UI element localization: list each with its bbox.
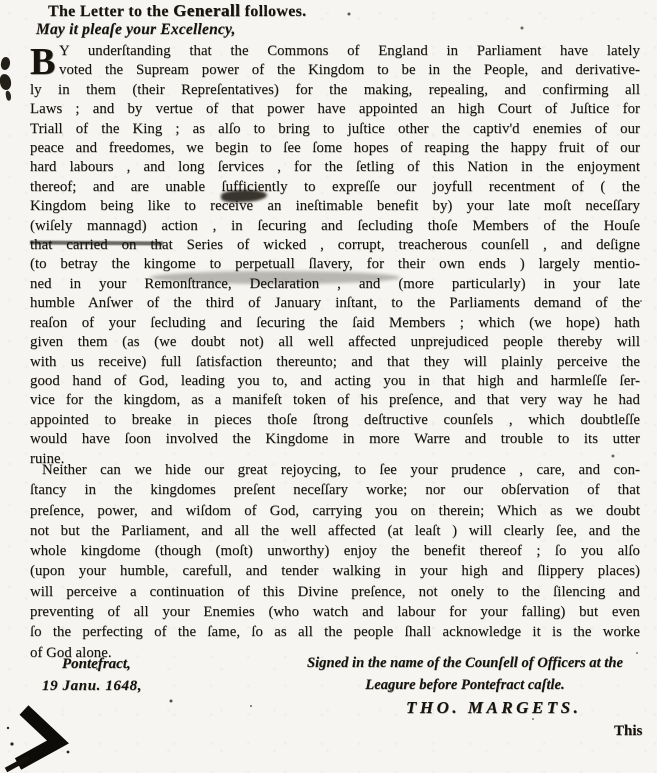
text-line: peace and freedomes, we begin to ſee ſom… bbox=[30, 139, 640, 158]
paragraph-1: B Y underſtanding that the Commons of En… bbox=[30, 42, 640, 469]
text-line: good hand of God, leading you to, and ac… bbox=[30, 372, 640, 391]
text-line: given them (as (we doubt not) all well a… bbox=[30, 333, 640, 352]
paragraph-2: Neither can we hide our great rejoycing,… bbox=[30, 460, 640, 663]
margin-ink-mark bbox=[0, 73, 12, 90]
scan-speckles bbox=[0, 0, 2, 2]
text-line: vice for the kingdom, as a manifeſt toke… bbox=[30, 391, 640, 410]
text-line: voted the Supream power of the Kingdom t… bbox=[59, 61, 640, 80]
text-line: will perceive a continuation of this Div… bbox=[30, 582, 640, 602]
text-line: appointed to breake in pieces thoſe ſtro… bbox=[30, 411, 640, 430]
heading-blackletter-word: Generall bbox=[173, 1, 240, 20]
text-line: reaſon of your ſecluding and ſecuring th… bbox=[30, 314, 640, 333]
ink-smudge bbox=[150, 271, 400, 284]
text-line: Y underſtanding that the Commons of Engl… bbox=[59, 42, 640, 61]
text-line: ſo the perfecting of the ſame, ſo as all… bbox=[30, 622, 640, 642]
text-line: Triall of the King ; as alſo to bring to… bbox=[30, 120, 640, 139]
dateline-place: Pontefract, bbox=[62, 656, 131, 673]
dateline-date: 19 Janu. 1648, bbox=[42, 678, 142, 695]
text-line: preſence, power, and wiſdom of God, carr… bbox=[30, 501, 640, 521]
paragraph-1-body: ly in them (their Repreſentatives) for t… bbox=[30, 81, 640, 450]
text-line: humble Anſwer of the third of January in… bbox=[30, 294, 640, 313]
text-line: (upon your humble, carefull, and tender … bbox=[30, 561, 640, 581]
signatory-name: THO. MARGETS. bbox=[406, 698, 581, 718]
text-line: thereof; and are unable ſufficiently to … bbox=[30, 178, 640, 197]
text-line: ſtancy in the kingdomes preſent neceſſar… bbox=[30, 480, 640, 500]
drop-cap-letter: B bbox=[30, 45, 55, 79]
margin-ink-mark bbox=[0, 56, 11, 71]
scanned-letter-page: The Letter to the Generall followes. May… bbox=[0, 0, 657, 773]
ink-blot bbox=[4, 700, 120, 773]
letter-heading: The Letter to the Generall followes. bbox=[48, 1, 306, 21]
text-line: whole kingdome (though (moſt) unworthy) … bbox=[30, 541, 640, 561]
text-line: that carried on that Series of wicked , … bbox=[30, 236, 640, 255]
text-line: (wiſely mannagd) action , in ſecuring an… bbox=[30, 217, 640, 236]
text-line: not but the Parliament, and all the well… bbox=[30, 521, 640, 541]
paragraph-2-body: ſtancy in the kingdomes preſent neceſſar… bbox=[30, 480, 640, 642]
salutation: May it pleaſe your Excellency, bbox=[36, 21, 236, 39]
heading-post: followes. bbox=[240, 3, 306, 20]
text-line: ly in them (their Repreſentatives) for t… bbox=[30, 81, 640, 100]
text-line: Laws ; and by vertue of that power have … bbox=[30, 100, 640, 119]
catchword: This bbox=[614, 723, 642, 740]
text-line: preventing of all your Enemies (who watc… bbox=[30, 602, 640, 622]
text-line: Kingdom being like to receive an ineſtim… bbox=[30, 197, 640, 216]
text-line: hard labours , and long ſervices , for t… bbox=[30, 158, 640, 177]
heading-pre: The Letter to the bbox=[48, 3, 173, 20]
attribution-line: Signed in the name of the Counſell of Of… bbox=[285, 653, 645, 675]
text-line: with us receive) full ſatisfaction there… bbox=[30, 353, 640, 372]
attribution-line: Leagure before Pontefract caſtle. bbox=[285, 675, 645, 697]
text-line: would have ſoon involved the Kingdome in… bbox=[30, 430, 640, 449]
dropcap-block: B Y underſtanding that the Commons of En… bbox=[30, 42, 640, 81]
text-line: Neither can we hide our great rejoycing,… bbox=[30, 460, 640, 480]
attribution: Signed in the name of the Counſell of Of… bbox=[285, 653, 645, 697]
